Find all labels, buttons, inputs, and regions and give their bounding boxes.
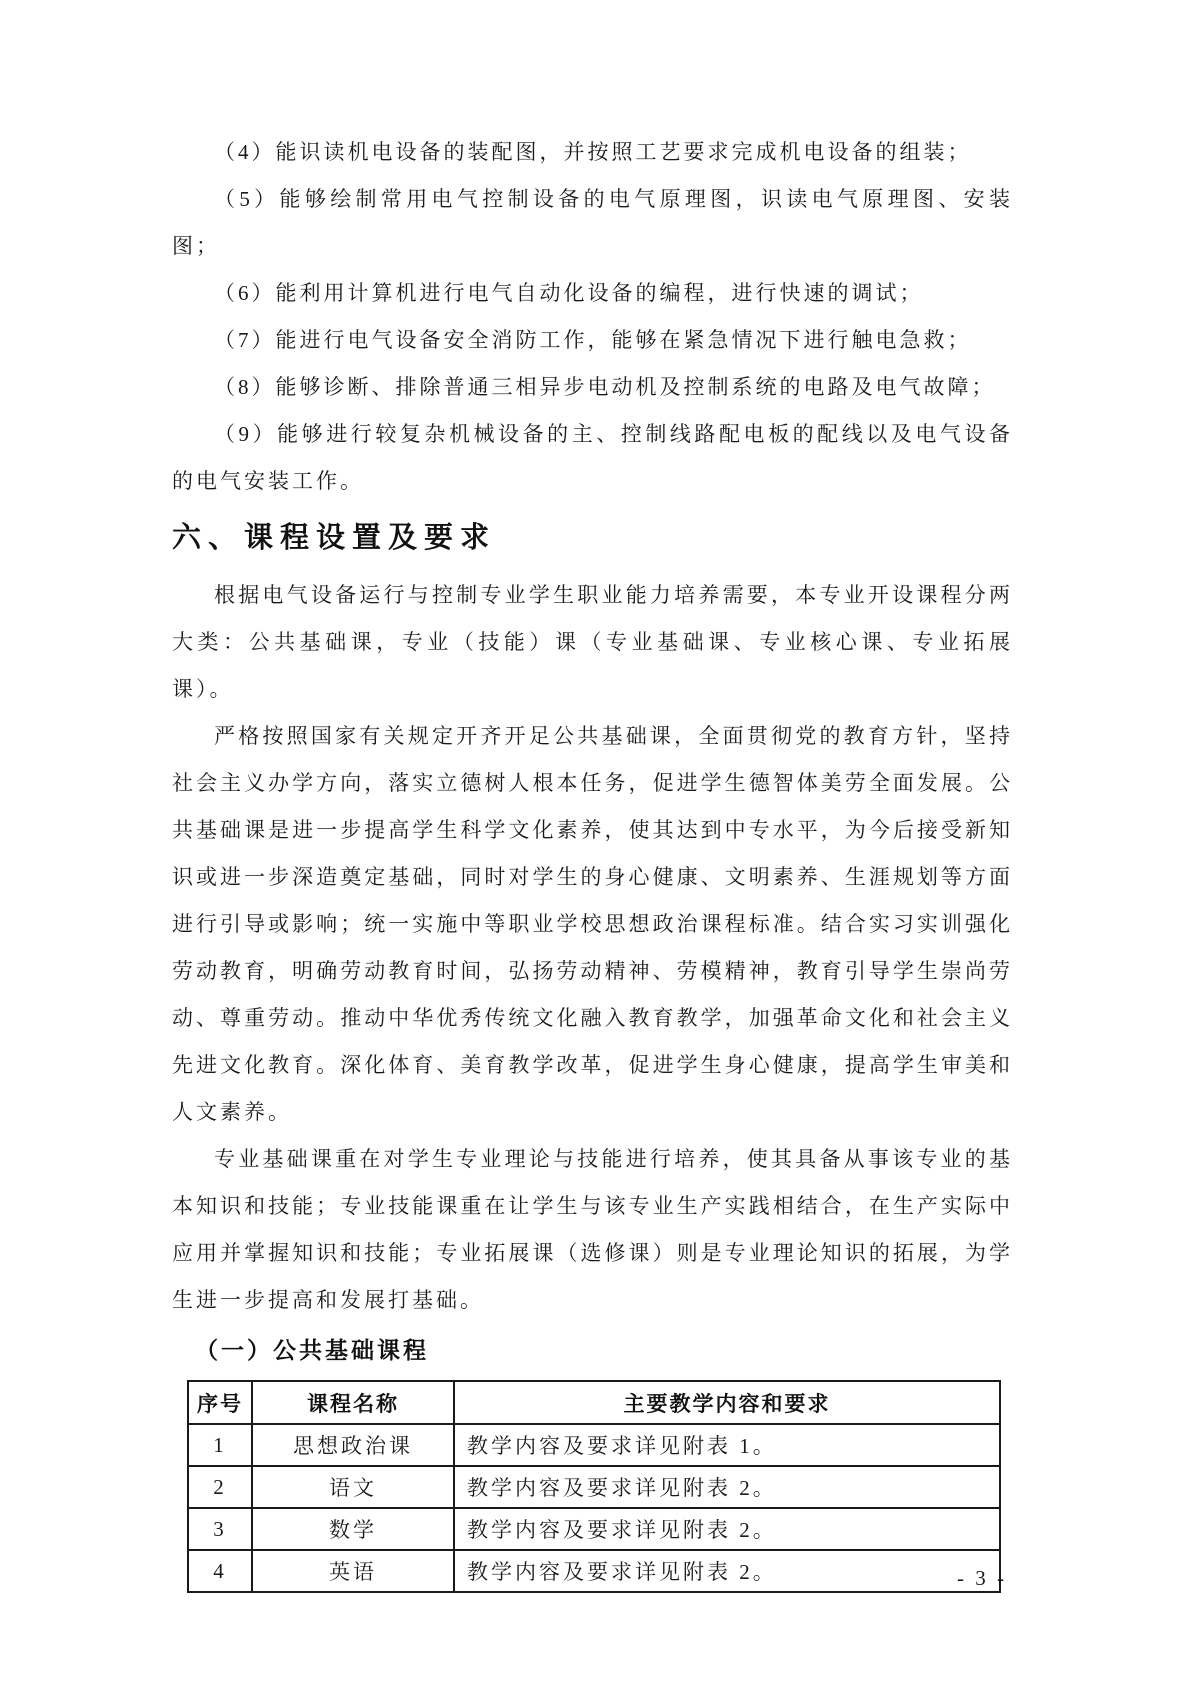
- document-page: （4）能识读机电设备的装配图，并按照工艺要求完成机电设备的组装； （5）能够绘制…: [0, 0, 1191, 1684]
- table-header-course: 课程名称: [252, 1381, 454, 1424]
- table-header-no: 序号: [188, 1381, 252, 1424]
- section-heading: 六、课程设置及要求: [172, 518, 1013, 558]
- page-number: - 3 -: [957, 1566, 1007, 1591]
- ability-item-7: （7）能进行电气设备安全消防工作，能够在紧急情况下进行触电急救；: [172, 317, 1013, 364]
- ability-item-6: （6）能利用计算机进行电气自动化设备的编程，进行快速的调试；: [172, 270, 1013, 317]
- cell-course: 思想政治课: [252, 1424, 454, 1466]
- cell-no: 4: [188, 1550, 252, 1592]
- ability-item-8: （8）能够诊断、排除普通三相异步电动机及控制系统的电路及电气故障；: [172, 364, 1013, 411]
- cell-course: 英语: [252, 1550, 454, 1592]
- table-row: 4 英语 教学内容及要求详见附表 2。: [188, 1550, 1000, 1592]
- cell-content: 教学内容及要求详见附表 2。: [454, 1550, 1000, 1592]
- table-row: 3 数学 教学内容及要求详见附表 2。: [188, 1508, 1000, 1550]
- course-table: 序号 课程名称 主要教学内容和要求 1 思想政治课 教学内容及要求详见附表 1。…: [187, 1380, 1001, 1593]
- table-row: 2 语文 教学内容及要求详见附表 2。: [188, 1466, 1000, 1508]
- section-paragraph-3: 专业基础课重在对学生专业理论与技能进行培养，使其具备从事该专业的基本知识和技能；…: [172, 1136, 1013, 1324]
- table-header-row: 序号 课程名称 主要教学内容和要求: [188, 1381, 1000, 1424]
- ability-item-9: （9）能够进行较复杂机械设备的主、控制线路配电板的配线以及电气设备的电气安装工作…: [172, 411, 1013, 505]
- cell-course: 语文: [252, 1466, 454, 1508]
- cell-content: 教学内容及要求详见附表 2。: [454, 1466, 1000, 1508]
- table-header-content: 主要教学内容和要求: [454, 1381, 1000, 1424]
- subsection-heading: （一）公共基础课程: [172, 1332, 1013, 1368]
- cell-content: 教学内容及要求详见附表 2。: [454, 1508, 1000, 1550]
- ability-item-5: （5）能够绘制常用电气控制设备的电气原理图，识读电气原理图、安装图；: [172, 176, 1013, 270]
- cell-content: 教学内容及要求详见附表 1。: [454, 1424, 1000, 1466]
- table-row: 1 思想政治课 教学内容及要求详见附表 1。: [188, 1424, 1000, 1466]
- cell-no: 3: [188, 1508, 252, 1550]
- section-paragraph-2: 严格按照国家有关规定开齐开足公共基础课，全面贯彻党的教育方针，坚持社会主义办学方…: [172, 713, 1013, 1136]
- cell-course: 数学: [252, 1508, 454, 1550]
- section-paragraph-1: 根据电气设备运行与控制专业学生职业能力培养需要，本专业开设课程分两大类：公共基础…: [172, 572, 1013, 713]
- cell-no: 2: [188, 1466, 252, 1508]
- cell-no: 1: [188, 1424, 252, 1466]
- ability-item-4: （4）能识读机电设备的装配图，并按照工艺要求完成机电设备的组装；: [172, 129, 1013, 176]
